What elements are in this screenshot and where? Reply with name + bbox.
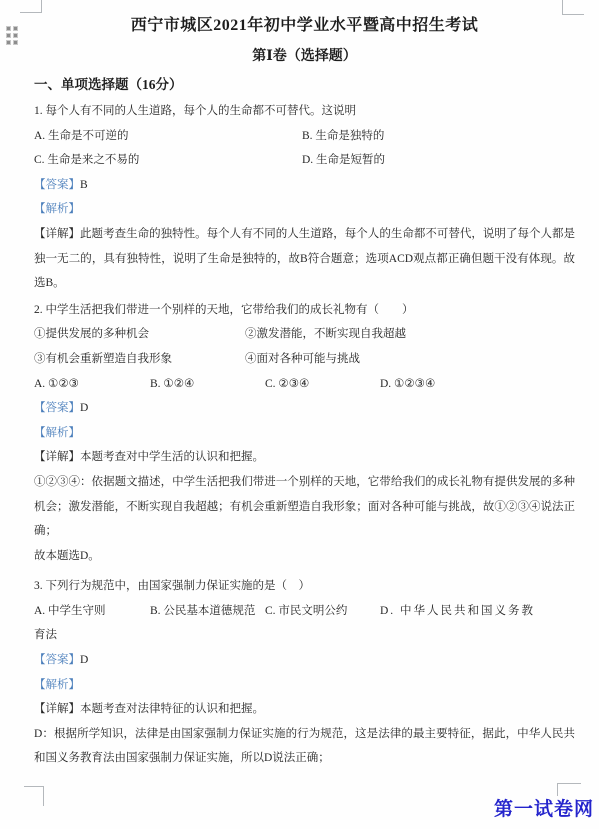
question-1-options-row-1: A. 生命是不可逆的 B. 生命是独特的 [34,124,575,149]
question-3: 3. 下列行为规范中，由国家强制力保证实施的是（ ） A. 中学生守则 B. 公… [34,574,575,771]
q2-option-c: C. ②③④ [265,372,380,397]
question-1-options-row-2: C. 生命是来之不易的 D. 生命是短暂的 [34,148,575,173]
q1-answer-label: 【答案】 [34,179,80,191]
q3-option-a: A. 中学生守则 [34,599,150,624]
section-heading: 一、单项选择题（16分） [34,73,575,97]
q3-option-c: C. 市民文明公约 [265,599,380,624]
q3-answer-value: D [80,654,88,666]
q3-answer-line: 【答案】D [34,648,575,673]
q2-item-3: ③有机会重新塑造自我形象 [34,347,245,372]
crop-mark-bottom-left-icon [24,786,44,806]
q1-option-a: A. 生命是不可逆的 [34,124,302,149]
exam-document-page: 西宁市城区2021年初中学业水平暨高中招生考试 第Ⅰ卷（选择题） 一、单项选择题… [0,0,599,829]
q1-option-c: C. 生命是来之不易的 [34,148,302,173]
q2-answer-label: 【答案】 [34,402,80,414]
question-2-items-row-1: ①提供发展的多种机会 ②激发潜能，不断实现自我超越 [34,322,575,347]
q3-detail-paragraph: D：根据所学知识，法律是由国家强制力保证实施的行为规范，这是法律的最主要特征，据… [34,722,575,771]
document-body: 西宁市城区2021年初中学业水平暨高中招生考试 第Ⅰ卷（选择题） 一、单项选择题… [34,13,575,771]
q1-detail-paragraph: 【详解】此题考查生命的独特性。每个人有不同的人生道路，每个人的生命都不可替代，说… [34,222,575,296]
q2-detail-intro: 【详解】本题考查对中学生活的认识和把握。 [34,445,575,470]
q3-answer-label: 【答案】 [34,654,80,666]
q2-analysis-label: 【解析】 [34,421,575,446]
q2-item-4: ④面对各种可能与挑战 [245,347,575,372]
question-2-stem: 2. 中学生活把我们带进一个别样的天地，它带给我们的成长礼物有（ ） [34,298,575,323]
question-2-items-row-2: ③有机会重新塑造自我形象 ④面对各种可能与挑战 [34,347,575,372]
question-1: 1. 每个人有不同的人生道路，每个人的生命都不可替代。这说明 A. 生命是不可逆… [34,99,575,296]
paper-part-title: 第Ⅰ卷（选择题） [34,45,575,68]
q1-option-b: B. 生命是独特的 [302,124,575,149]
site-watermark: 第一试卷网 [494,794,594,821]
q2-option-a: A. ①②③ [34,372,150,397]
question-3-options-row: A. 中学生守则 B. 公民基本道德规范 C. 市民文明公约 D. 中华人民共和… [34,599,575,624]
q2-detail-conclusion: 故本题选D。 [34,544,575,569]
q1-answer-line: 【答案】B [34,173,575,198]
q1-option-d: D. 生命是短暂的 [302,148,575,173]
q3-option-d: D. 中华人民共和国义务教 [380,599,575,624]
question-1-stem: 1. 每个人有不同的人生道路，每个人的生命都不可替代。这说明 [34,99,575,124]
question-2: 2. 中学生活把我们带进一个别样的天地，它带给我们的成长礼物有（ ） ①提供发展… [34,298,575,569]
q2-answer-value: D [80,402,88,414]
question-2-options-row: A. ①②③ B. ①②④ C. ②③④ D. ①②③④ [34,372,575,397]
q1-analysis-label: 【解析】 [34,197,575,222]
q1-answer-value: B [80,179,88,191]
question-3-stem: 3. 下列行为规范中，由国家强制力保证实施的是（ ） [34,574,575,599]
q2-item-1: ①提供发展的多种机会 [34,322,245,347]
q2-item-2: ②激发潜能，不断实现自我超越 [245,322,575,347]
crop-mark-top-left-icon [20,0,42,13]
q3-detail-intro: 【详解】本题考查对法律特征的认识和把握。 [34,697,575,722]
document-title: 西宁市城区2021年初中学业水平暨高中招生考试 [34,13,575,38]
q2-detail-paragraph: ①②③④：依据题文描述，中学生活把我们带进一个别样的天地，它带给我们的成长礼物有… [34,470,575,544]
drag-handle-icon[interactable] [7,27,17,44]
q3-analysis-label: 【解析】 [34,673,575,698]
q3-option-b: B. 公民基本道德规范 [150,599,265,624]
q2-answer-line: 【答案】D [34,396,575,421]
q2-option-b: B. ①②④ [150,372,265,397]
q2-option-d: D. ①②③④ [380,372,575,397]
q3-option-d-wrap: 育法 [34,623,575,648]
